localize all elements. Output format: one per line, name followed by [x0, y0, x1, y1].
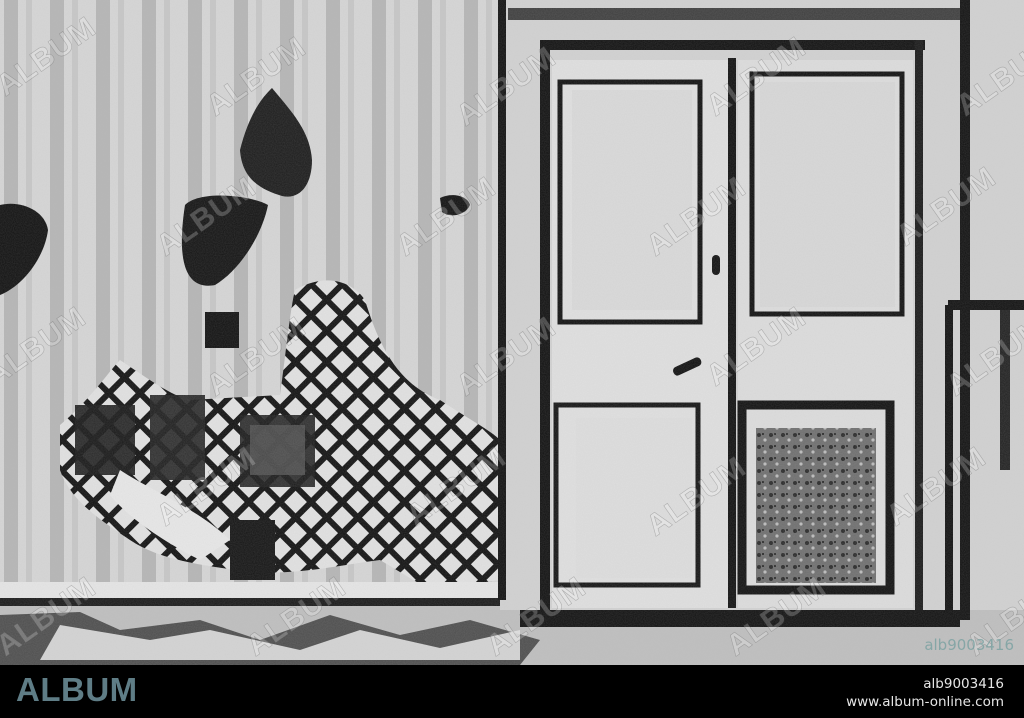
photo-scene — [0, 0, 1024, 665]
website-link[interactable]: www.album-online.com — [846, 693, 1004, 711]
archival-photograph: ALBUM ALBUM ALBUM ALBUM ALBUM ALBUM ALBU… — [0, 0, 1024, 665]
image-id: alb9003416 — [846, 675, 1004, 693]
album-logo[interactable]: ALBUM — [16, 671, 138, 709]
watermark-image-id: alb9003416 — [924, 636, 1014, 654]
footer-meta: alb9003416 www.album-online.com — [846, 675, 1004, 711]
footer-bar: ALBUM alb9003416 www.album-online.com — [0, 665, 1024, 718]
